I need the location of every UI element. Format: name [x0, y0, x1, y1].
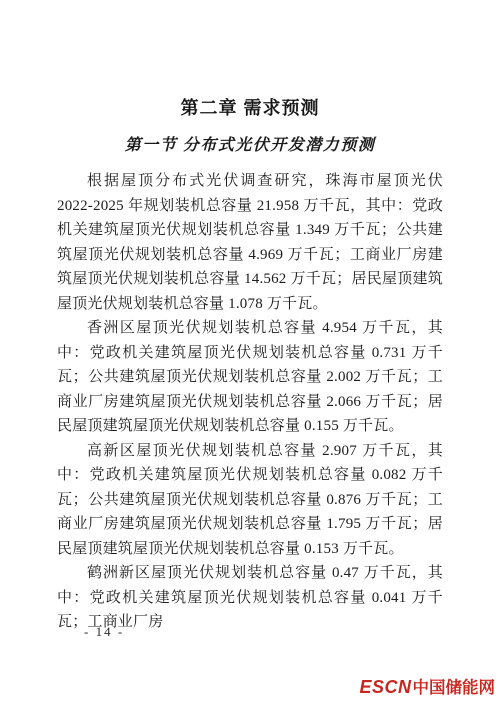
page-number: - 14 - [84, 624, 124, 640]
chapter-title: 第二章 需求预测 [57, 98, 443, 119]
escn-logo-text-en: ESCN [359, 677, 411, 697]
paragraph-gaoxin-district: 高新区屋顶光伏规划装机总容量 2.907 万千瓦，其中：党政机关建筑屋顶光伏规划… [57, 439, 443, 562]
page-content: 第二章 需求预测 第一节 分布式光伏开发潜力预测 根据屋顶分布式光伏调查研究，珠… [0, 0, 500, 635]
paragraph-xiangzhou-district: 香洲区屋顶光伏规划装机总容量 4.954 万千瓦，其中：党政机关建筑屋顶光伏规划… [57, 316, 443, 439]
paragraph-citywide-total: 根据屋顶分布式光伏调查研究，珠海市屋顶光伏 2022-2025 年规划装机总容量… [57, 169, 443, 316]
section-title: 第一节 分布式光伏开发潜力预测 [57, 136, 443, 156]
escn-logo-text-cn: 中国储能网 [413, 679, 496, 697]
body-text: 根据屋顶分布式光伏调查研究，珠海市屋顶光伏 2022-2025 年规划装机总容量… [57, 169, 443, 635]
escn-watermark-logo: ESCN中国储能网 [359, 676, 495, 700]
document-page: 第二章 需求预测 第一节 分布式光伏开发潜力预测 根据屋顶分布式光伏调查研究，珠… [0, 0, 500, 707]
